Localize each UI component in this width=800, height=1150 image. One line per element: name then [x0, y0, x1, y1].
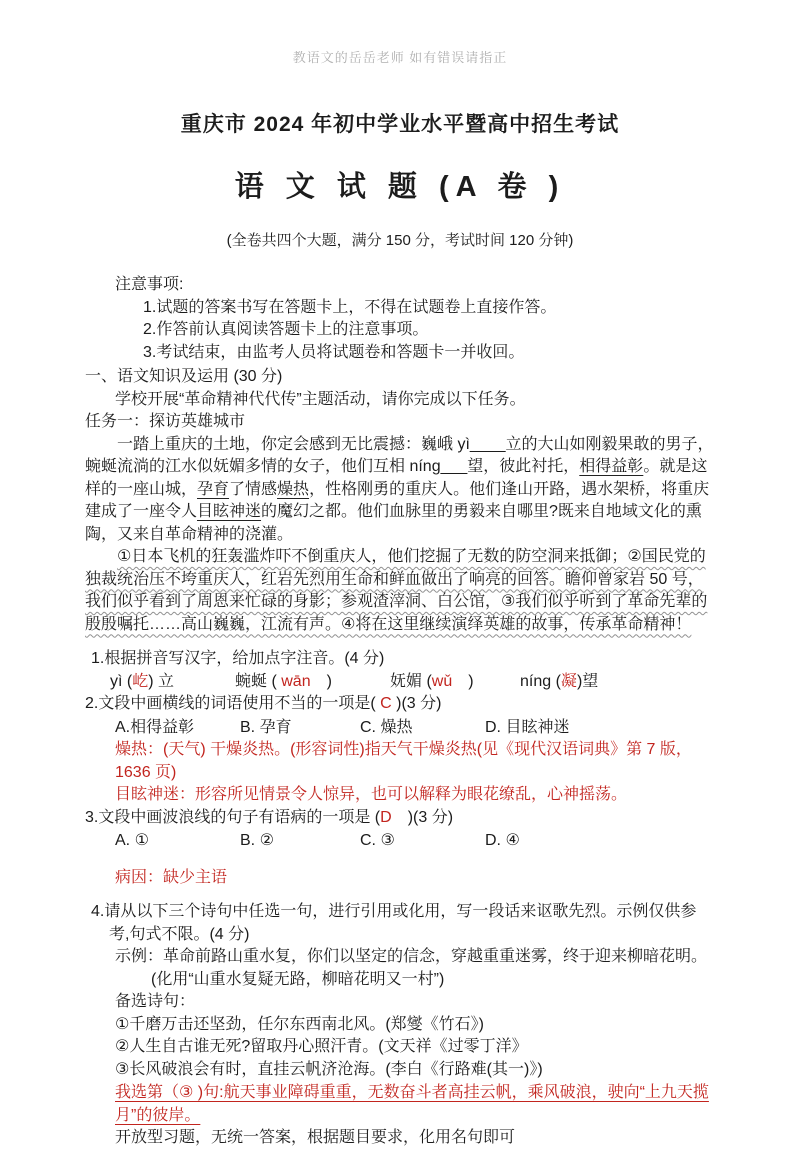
question-1-stem: 1.根据拼音写汉字，给加点字注音。(4 分)	[85, 648, 715, 671]
option-b: B. 孕育	[240, 717, 360, 740]
question-4-stem: 4.请从以下三个诗句中任选一句，进行引用或化用，写一段话来讴歌先烈。示例仅供参考…	[85, 901, 715, 946]
task-heading: 任务一：探访英雄城市	[85, 411, 715, 434]
exam-paper-page: 教语文的岳岳老师 如有错误请指正 重庆市 2024 年初中学业水平暨高中招生考试…	[0, 0, 800, 1150]
subject-title: 语 文 试 题 (A 卷 )	[85, 164, 715, 205]
q4-poem-3: ③长风破浪会有时，直挂云帆济沧海。(李白《行路难(其一)》)	[85, 1059, 715, 1082]
question-4: 4.请从以下三个诗句中任选一句，进行引用或化用，写一段话来讴歌先烈。示例仅供参考…	[85, 901, 715, 1150]
option-d: D. ④	[485, 830, 520, 853]
q4-example: 示例：革命前路山重水复，你们以坚定的信念，穿越重重迷雾，终于迎来柳暗花明。(化用…	[85, 946, 715, 991]
q4-poem-1: ①千磨万击还坚劲，任尔东西南北风。(郑燮《竹石》)	[85, 1014, 715, 1037]
q4-list-heading: 备选诗句：	[85, 991, 715, 1014]
question-1: 1.根据拼音写汉字，给加点字注音。(4 分) yì (屹) 立 蜿蜒 ( wān…	[85, 648, 715, 693]
question-3: 3.文段中画波浪线的句子有语病的一项是 (D )(3 分) A. ① B. ② …	[85, 807, 715, 890]
section-intro: 学校开展“革命精神代代传”主题活动，请你完成以下任务。	[85, 389, 715, 412]
option-d: D. 目眩神迷	[485, 717, 569, 740]
passage-1-underlined-word: 目眩神迷	[197, 503, 261, 520]
exam-title: 重庆市 2024 年初中学业水平暨高中招生考试	[85, 108, 715, 138]
exam-body: 注意事项: 1.试题的答案书写在答题卡上，不得在试题卷上直接作答。 2.作答前认…	[85, 274, 715, 1150]
notes-block: 注意事项: 1.试题的答案书写在答题卡上，不得在试题卷上直接作答。 2.作答前认…	[85, 274, 715, 364]
q2-explanation-2: 目眩神迷：形容所见情景令人惊异，也可以解释为眼花缭乱，心神摇荡。	[85, 784, 715, 807]
q1-answer-item: 妩媚 (wǔ )	[390, 671, 520, 694]
note-item-1: 1.试题的答案书写在答题卡上，不得在试题卷上直接作答。	[85, 297, 715, 320]
watermark-text: 教语文的岳岳老师 如有错误请指正	[85, 0, 715, 66]
option-c: C. 燥热	[360, 717, 485, 740]
passage-1-seg: 了情感	[229, 481, 277, 498]
q1-answer-value: 凝	[561, 673, 577, 690]
note-item-3: 3.考试结束，由监考人员将试题卷和答题卡一并收回。	[85, 342, 715, 365]
question-2: 2.文段中画横线的词语使用不当的一项是( C )(3 分) A.相得益彰 B. …	[85, 693, 715, 807]
note-item-2: 2.作答前认真阅读答题卡上的注意事项。	[85, 319, 715, 342]
q3-error-note: 病因：缺少主语	[85, 867, 715, 890]
q2-answer-value: C	[376, 695, 396, 712]
question-3-stem: 3.文段中画波浪线的句子有语病的一项是 (D )(3 分)	[85, 807, 715, 830]
q1-answer-value: wān	[281, 673, 310, 690]
q1-answer-value: 屹	[132, 673, 148, 690]
q4-footer-note: 开放型习题，无统一答案，根据题目要求，化用名句即可	[85, 1127, 715, 1150]
q1-answer-item: 蜿蜒 ( wān )	[235, 671, 390, 694]
section-heading: 一、语文知识及运用 (30 分)	[85, 366, 715, 389]
exam-info-line: (全卷共四个大题，满分 150 分，考试时间 120 分钟)	[85, 229, 715, 250]
question-2-options: A.相得益彰 B. 孕育 C. 燥热 D. 目眩神迷	[85, 717, 715, 740]
question-1-answers: yì (屹) 立 蜿蜒 ( wān ) 妩媚 (wǔ ) níng (凝)望	[85, 671, 715, 694]
option-b: B. ②	[240, 830, 360, 853]
notes-heading: 注意事项:	[85, 274, 715, 297]
option-a: A.相得益彰	[115, 717, 240, 740]
q3-answer-value: D	[380, 809, 408, 826]
q4-sample-answer: 我选第（③ )句:航天事业障碍重重，无数奋斗者高挂云帆，乘风破浪，驶向“上九天揽…	[85, 1082, 715, 1127]
question-3-options: A. ① B. ② C. ③ D. ④	[85, 830, 715, 853]
q2-explanation-1: 燥热：(天气) 干燥炎热。(形容词性)指天气干燥炎热(见《现代汉语词典》第 7 …	[85, 739, 715, 784]
passage-2: ①日本飞机的狂轰滥炸吓不倒重庆人，他们挖掘了无数的防空洞来抵御；②国民党的独裁统…	[85, 546, 715, 636]
question-2-stem: 2.文段中画横线的词语使用不当的一项是( C )(3 分)	[85, 693, 715, 716]
q1-answer-item: níng (凝)望	[520, 671, 598, 694]
passage-1-underlined-word: 相得益彰	[579, 458, 643, 475]
passage-1-underlined-word: 燥热	[277, 481, 309, 498]
q1-answer-value: wǔ	[432, 673, 452, 690]
option-c: C. ③	[360, 830, 485, 853]
option-a: A. ①	[115, 830, 240, 853]
passage-1: 一踏上重庆的土地，你定会感到无比震撼：巍峨 yì____立的大山如刚毅果敢的男子…	[85, 434, 715, 547]
q1-answer-item: yì (屹) 立	[110, 671, 235, 694]
q4-poem-2: ②人生自古谁无死?留取丹心照汗青。(文天祥《过零丁洋》	[85, 1036, 715, 1059]
passage-1-underlined-word: 孕育	[197, 481, 229, 498]
